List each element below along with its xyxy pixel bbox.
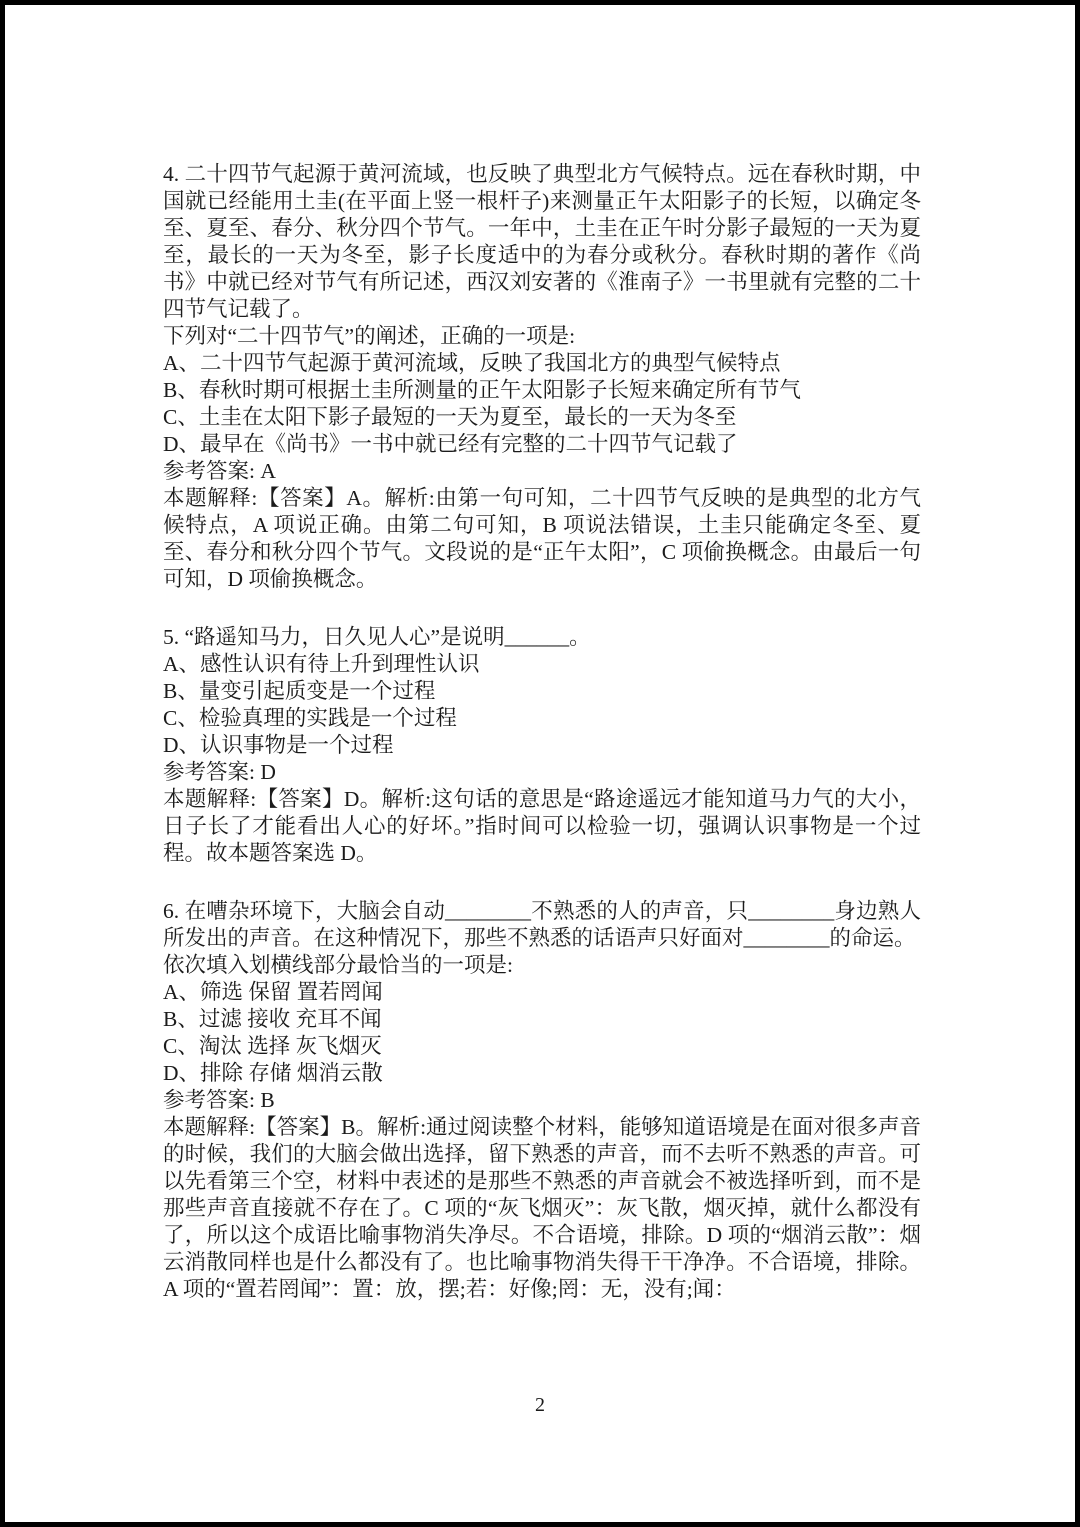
question-5: 5. “路遥知马力，日久见人心”是说明______。 A、感性认识有待上升到理性… [163,624,921,867]
exam-content: 4. 二十四节气起源于黄河流域，也反映了典型北方气候特点。远在春秋时期，中国就已… [163,161,921,1303]
question-6-answer: 参考答案: B [163,1087,921,1114]
question-6-option-d: D、排除 存储 烟消云散 [163,1060,921,1087]
question-4-option-b: B、春秋时期可根据土圭所测量的正午太阳影子长短来确定所有节气 [163,377,921,404]
document-page: 4. 二十四节气起源于黄河流域，也反映了典型北方气候特点。远在春秋时期，中国就已… [0,0,1080,1527]
question-5-option-b: B、量变引起质变是一个过程 [163,678,921,705]
question-4-option-a: A、二十四节气起源于黄河流域，反映了我国北方的典型气候特点 [163,350,921,377]
question-5-explanation: 本题解释:【答案】D。解析:这句话的意思是“路途遥远才能知道马力气的大小，日子长… [163,786,921,867]
page-footer: 2 [5,1393,1075,1417]
question-4: 4. 二十四节气起源于黄河流域，也反映了典型北方气候特点。远在春秋时期，中国就已… [163,161,921,593]
question-4-prompt: 下列对“二十四节气”的阐述，正确的一项是: [163,323,921,350]
question-5-stem: 5. “路遥知马力，日久见人心”是说明______。 [163,624,921,651]
question-6-explanation: 本题解释:【答案】B。解析:通过阅读整个材料，能够知道语境是在面对很多声音的时候… [163,1114,921,1303]
question-4-stem: 4. 二十四节气起源于黄河流域，也反映了典型北方气候特点。远在春秋时期，中国就已… [163,161,921,323]
question-6-option-c: C、淘汰 选择 灰飞烟灭 [163,1033,921,1060]
question-4-option-d: D、最早在《尚书》一书中就已经有完整的二十四节气记载了 [163,431,921,458]
page-number: 2 [535,1394,545,1416]
question-5-option-d: D、认识事物是一个过程 [163,732,921,759]
question-6-option-b: B、过滤 接收 充耳不闻 [163,1006,921,1033]
question-5-answer: 参考答案: D [163,759,921,786]
question-6-stem: 6. 在嘈杂环境下，大脑会自动________不熟悉的人的声音，只_______… [163,898,921,952]
question-6: 6. 在嘈杂环境下，大脑会自动________不熟悉的人的声音，只_______… [163,898,921,1303]
question-6-prompt: 依次填入划横线部分最恰当的一项是: [163,952,921,979]
question-5-option-a: A、感性认识有待上升到理性认识 [163,651,921,678]
question-4-option-c: C、土圭在太阳下影子最短的一天为夏至，最长的一天为冬至 [163,404,921,431]
question-4-answer: 参考答案: A [163,458,921,485]
question-4-explanation: 本题解释:【答案】A。解析:由第一句可知，二十四节气反映的是典型的北方气候特点，… [163,485,921,593]
question-5-option-c: C、检验真理的实践是一个过程 [163,705,921,732]
question-6-option-a: A、筛选 保留 置若罔闻 [163,979,921,1006]
